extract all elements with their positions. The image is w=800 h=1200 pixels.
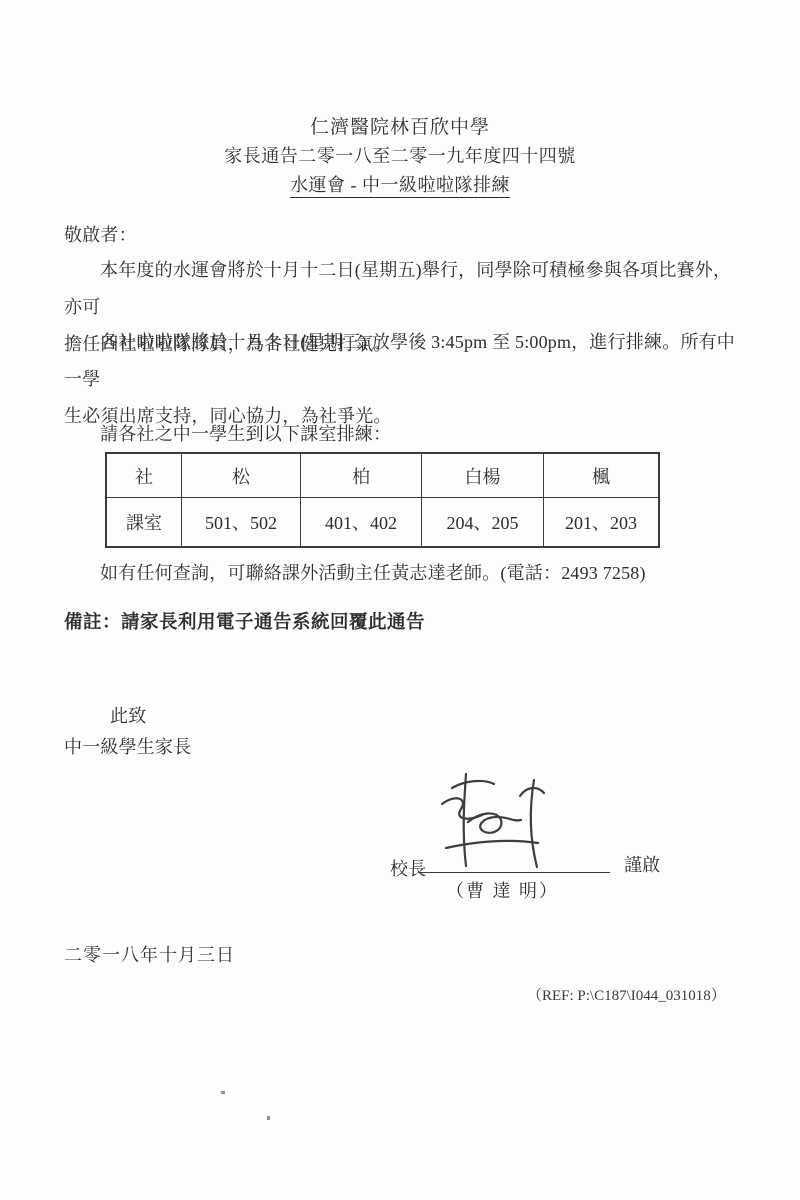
- school-name: 仁濟醫院林百欣中學: [0, 113, 800, 142]
- scanned-notice-page: 仁濟醫院林百欣中學 家長通告二零一八至二零一九年度四十四號 水運會 - 中一級啦…: [0, 0, 800, 1200]
- enquiry-line: 如有任何查詢，可聯絡課外活動主任黃志達老師。(電話：2493 7258): [64, 556, 744, 590]
- reference-number: （REF: P:\C187\I044_031018）: [527, 984, 726, 1005]
- signature-line: [418, 872, 610, 873]
- table-header-house: 社: [106, 453, 182, 498]
- principal-name: （曹 達 明）: [446, 877, 559, 903]
- table-row-label: 課室: [106, 498, 182, 548]
- table-row: 課室 501、502 401、402 204、205 201、203: [106, 498, 659, 548]
- table-header-row: 社 松 柏 白楊 楓: [106, 453, 659, 498]
- paragraph-1-line-1: 本年度的水運會將於十月十二日(星期五)舉行，同學除可積極參與各項比賽外，亦可: [64, 252, 744, 326]
- table-header-pine: 松: [182, 453, 301, 498]
- scan-speck: [267, 1116, 270, 1120]
- salutation: 敬啟者：: [64, 221, 137, 247]
- table-header-maple: 楓: [544, 453, 660, 498]
- notice-header: 仁濟醫院林百欣中學 家長通告二零一八至二零一九年度四十四號 水運會 - 中一級啦…: [0, 113, 800, 200]
- principal-signature: [408, 768, 593, 872]
- sign-off: 謹啟: [624, 851, 660, 877]
- notice-date: 二零一八年十月三日: [64, 941, 235, 967]
- principal-label: 校長: [390, 855, 426, 881]
- table-cell-rooms-maple: 201、203: [544, 498, 660, 548]
- practice-room-table: 社 松 柏 白楊 楓 課室 501、502 401、402 204、205 20…: [105, 452, 660, 548]
- closing-recipient: 中一級學生家長: [64, 733, 191, 759]
- closing-this-to: 此致: [110, 702, 146, 728]
- table-cell-rooms-poplar: 204、205: [422, 498, 544, 548]
- paragraph-3: 請各社之中一學生到以下課室排練：: [64, 416, 744, 453]
- notice-number: 家長通告二零一八至二零一九年度四十四號: [0, 142, 800, 171]
- scan-speck: [221, 1091, 225, 1094]
- table-header-poplar: 白楊: [422, 453, 544, 498]
- paragraph-2-line-1: 各社啦啦隊將於十月十日(星期三) 放學後 3:45pm 至 5:00pm，進行排…: [64, 324, 744, 398]
- table-cell-rooms-cypress: 401、402: [301, 498, 422, 548]
- remark-line: 備註：請家長利用電子通告系統回覆此通告: [64, 608, 425, 634]
- table-header-cypress: 柏: [301, 453, 422, 498]
- table-cell-rooms-pine: 501、502: [182, 498, 301, 548]
- notice-subject: 水運會 - 中一級啦啦隊排練: [0, 171, 800, 200]
